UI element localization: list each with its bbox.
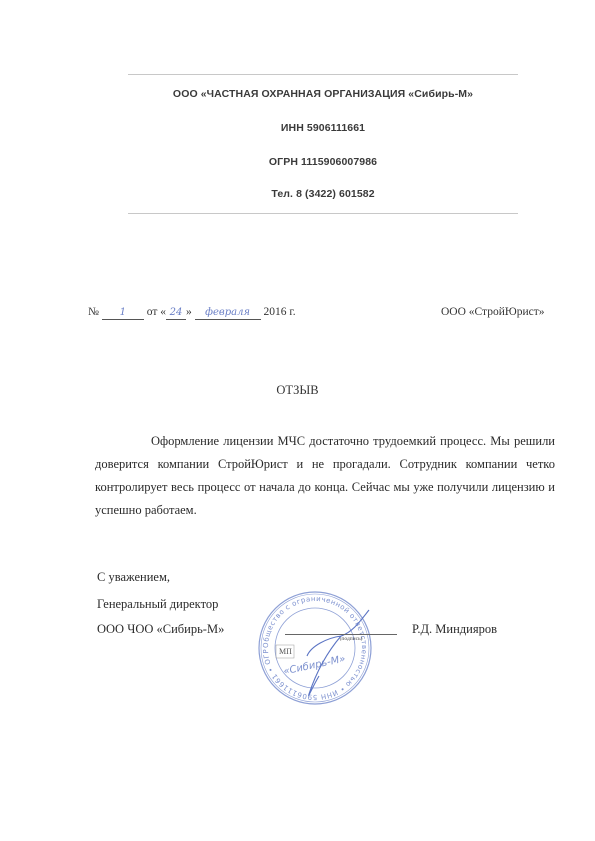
company-name: ООО «ЧАСТНАЯ ОХРАННАЯ ОРГАНИЗАЦИЯ «Сибир… [128,88,518,100]
closing-company: ООО ЧОО «Сибирь-М» [97,622,224,637]
date-year: 2016 г. [263,306,295,318]
date-day: 24 [166,307,186,320]
number-label: № [88,306,99,318]
signature-caption: (подпись) [340,635,363,642]
date-day-close: » [186,306,192,318]
signer-name: Р.Д. Миндияров [412,622,497,637]
letterhead: ООО «ЧАСТНАЯ ОХРАННАЯ ОРГАНИЗАЦИЯ «Сибир… [128,74,518,214]
document-number: 1 [102,307,144,320]
date-month: февраля [195,307,261,320]
recipient: ООО «СтройЮрист» [441,306,544,318]
document-title: ОТЗЫВ [0,383,595,398]
closing-regards: С уважением, [97,570,170,585]
stamp-seal-icon: Общество с ограниченной ответственностью… [257,590,373,706]
stamp-mp-label: МП [279,647,292,656]
signature-line [285,634,397,635]
reference-line: № 1 от «24» февраля 2016 г. [88,306,296,320]
company-phone: Тел. 8 (3422) 601582 [128,188,518,200]
review-body: Оформление лицензии МЧС достаточно трудо… [95,430,555,522]
letterhead-top-rule [128,74,518,75]
company-ogrn: ОГРН 1115906007986 [128,156,518,168]
stamp-center-text: «Сибирь-М» [282,653,346,678]
letterhead-bottom-rule [128,213,518,214]
company-stamp: Общество с ограниченной ответственностью… [257,590,373,706]
company-inn: ИНН 5906111661 [128,122,518,134]
date-from-label: от « [147,306,166,318]
closing-position: Генеральный директор [97,597,218,612]
